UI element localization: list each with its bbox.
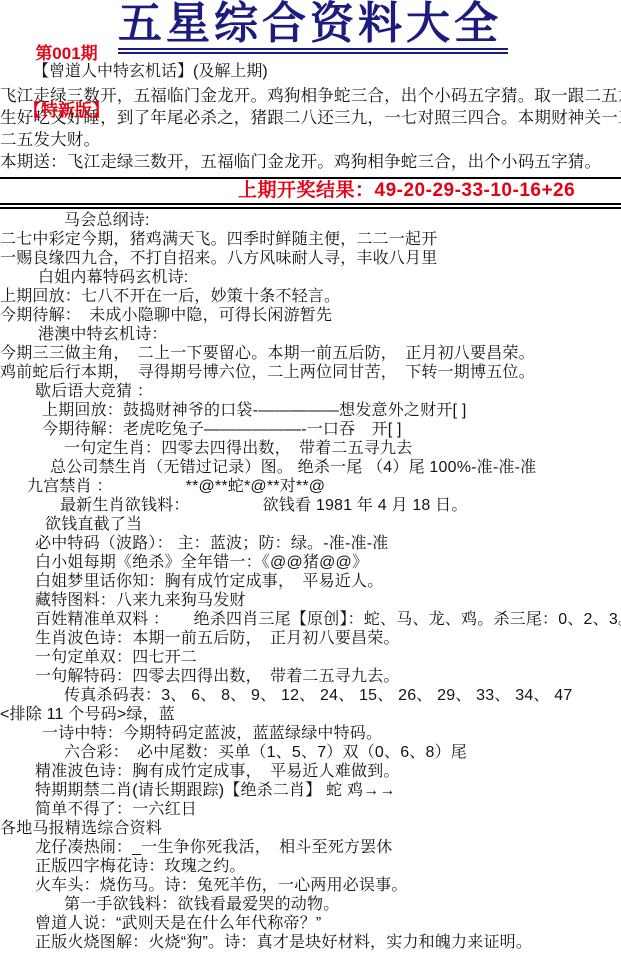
text-line: 特期期禁二肖(请长期跟踪)【绝杀二肖】 蛇 鸡→→ [0,781,621,800]
text-line: 曾道人说：“武则天是在什么年代称帝？” [0,914,621,933]
text-line: 二七中彩定今期，猪鸡满天飞。四季时鲜随主便，二二一起开 [0,230,621,249]
text-line: 一诗中特：今期特码定蓝波，蓝蓝绿绿中特码。 [0,724,621,743]
last-draw-result: 上期开奖结果：49-20-29-33-10-16+26 [0,179,621,203]
text-line: 一句定单双：四七开二 [0,648,621,667]
result-label: 上期开奖结果： [238,180,375,201]
text-line: 火车头：烧伤马。诗：兔死羊伤，一心两用必误事。 [0,876,621,895]
edition-label: 【特新版】 [24,101,109,120]
text-line: 总公司禁生肖（无错过记录）图。 绝杀一尾 （4）尾 100%-准-准-准 [0,458,621,477]
sheet-header: 第001期 【特新版】 五星综合资料大全 [0,0,621,60]
text-line: 正版火烧图解：火烧“狗”。诗：真才是块好材料，实力和魄力来证明。 [0,933,621,952]
text-line: 各地马报精选综合资料 [0,819,621,838]
text-line: 百姓精准单双料 ： 绝杀四肖三尾【原创】：蛇、马、龙、鸡。杀三尾：0、2、3。 [0,610,621,629]
page-title: 五星综合资料大全 [118,0,508,54]
text-line: 第一手欲钱料：欲钱看最爱哭的动物。 [0,895,621,914]
text-line: 马会总纲诗: [0,211,621,230]
separator-double [0,203,621,209]
text-line: 今期待解：老虎吃兔子——————-一口吞 开[ ] [0,420,621,439]
issue-number: 第001期 [24,44,109,63]
body-lines: 马会总纲诗:二七中彩定今期，猪鸡满天飞。四季时鲜随主便，二二一起开一赐良缘四九合… [0,211,621,952]
text-line: 白姐梦里话你知：胸有成竹定成事， 平易近人。 [0,572,621,591]
text-line: 传真杀码表：3、 6、 8、 9、 12、 24、 15、 26、 29、 33… [0,686,621,705]
text-line: 白小姐每期《绝杀》全年错一：《@@猪@@》 [0,553,621,572]
text-line: 藏特图料：八来九来狗马发财 [0,591,621,610]
text-line: 最新生肖欲钱料： 欲钱看 1981 年 4 月 18 日。 [0,496,621,515]
text-line: 歇后语大竞猜 ： [0,382,621,401]
text-line: <排除 11 个号码>绿，蓝 [0,705,621,724]
text-line: 白姐内幕特码玄机诗: [0,268,621,287]
text-line: 港澳中特玄机诗： [0,325,621,344]
text-line: 鸡前蛇后行本期， 寻得期号博六位，二上两位同甘苦， 下转一期博五位。 [0,363,621,382]
text-line: 上期回放：鼓捣财神爷的口袋-—————想发意外之财开[ ] [0,401,621,420]
text-line: 上期回放：七八不开在一后，妙策十条不轻言。 [0,287,621,306]
text-line: 今期待解： 未成小隐聊中隐，可得长闲游暂先 [0,306,621,325]
text-line: 必中特码（波路）： 主：蓝波；防：绿。-准-准-准 [0,534,621,553]
text-line: 精准波色诗：胸有成竹定成事， 平易近人难做到。 [0,762,621,781]
text-line: 龙仔凑热闹：_一生争你死我活， 相斗至死方罢休 [0,838,621,857]
text-line: 六合彩： 必中尾数：买单（1、5、7）双（0、6、8）尾 [0,743,621,762]
text-line: 生肖波色诗：本期一前五后防， 正月初八要昌荣。 [0,629,621,648]
subtitle: 【曾道人中特玄机话】(及解上期) [33,62,621,82]
text-line: 一句定生肖：四零去四得出数， 带着二五寻九去 [0,439,621,458]
result-numbers: 49-20-29-33-10-16+26 [375,180,576,201]
text-line: 正版四字梅花诗：玫瑰之约。 [0,857,621,876]
text-line: 今期三三做主角， 二上一下要留心。本期一前五后防， 正月初八要昌荣。 [0,344,621,363]
text-line: 简单不得了：一六红日 [0,800,621,819]
lottery-info-sheet: 第001期 【特新版】 五星综合资料大全 【曾道人中特玄机话】(及解上期) 飞江… [0,0,621,955]
text-line: 一赐良缘四九合，不打自招来。八方风味耐人寻，丰收八月里 [0,249,621,268]
issue-box: 第001期 【特新版】 [24,6,109,158]
text-line: 九宫禁肖 ： **@**蛇*@**对**@ [0,477,621,496]
text-line: 欲钱直截了当 [0,515,621,534]
text-line: 一句解特码：四零去四得出数， 带着二五寻九去。 [0,667,621,686]
